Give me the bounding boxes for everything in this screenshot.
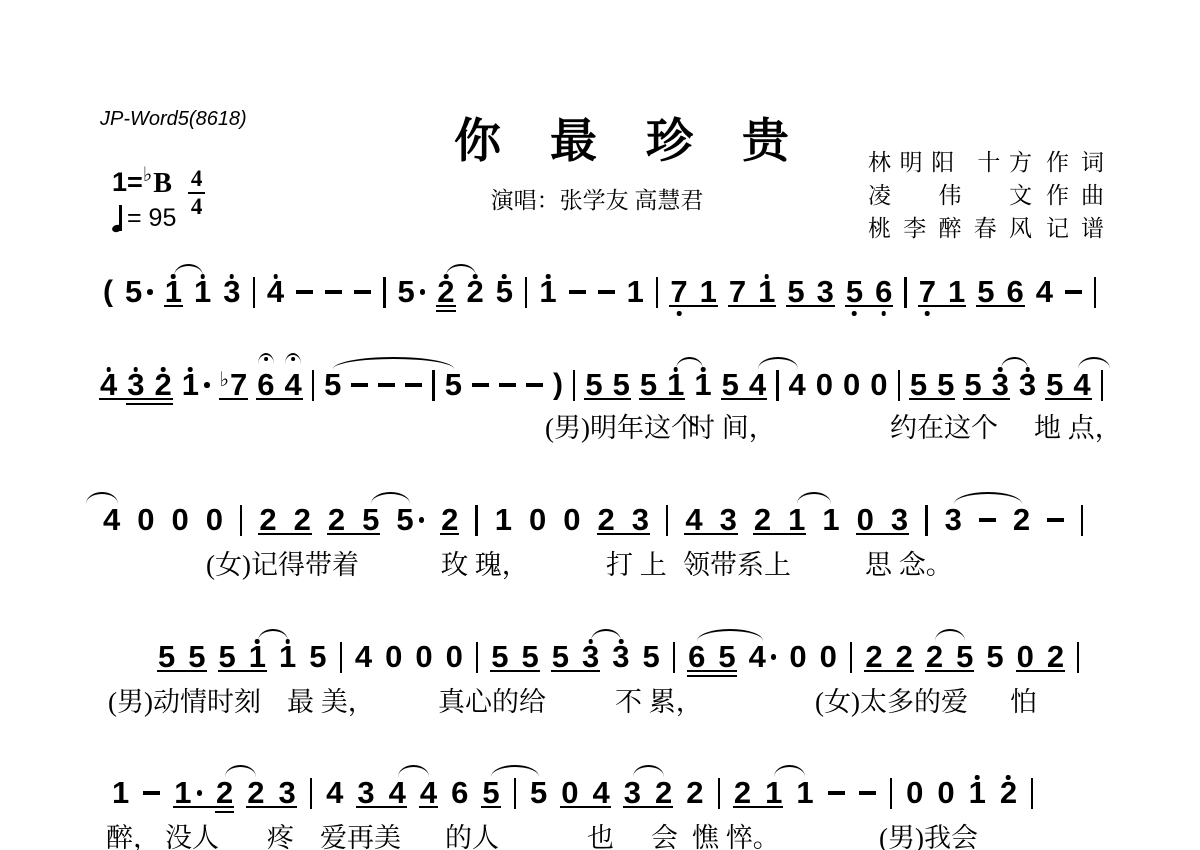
rest-note: 0 — [385, 637, 402, 677]
note: 6 — [875, 272, 892, 312]
note: 5 — [530, 773, 547, 813]
score-line-5: 112234344655043222110012 — [112, 773, 1033, 813]
note: 5 — [640, 365, 657, 405]
note: 2 — [598, 500, 615, 540]
note: ♭7 — [220, 365, 248, 405]
note: 1 — [758, 272, 775, 312]
barline — [925, 500, 927, 540]
credit-row: 林明阳 十方作词 — [868, 144, 1104, 177]
note: 5 — [787, 272, 804, 312]
note: 1 — [788, 500, 805, 540]
note: 2 — [926, 637, 943, 677]
note: 1 — [822, 500, 839, 540]
note: 5 — [324, 365, 341, 405]
note: 3 — [127, 365, 144, 405]
note: 3 — [720, 500, 737, 540]
barline — [1094, 272, 1096, 312]
note: 3 — [624, 773, 641, 813]
barline — [340, 637, 342, 677]
note: 2 — [155, 365, 172, 405]
barline — [890, 773, 892, 813]
note: 3 — [357, 773, 374, 813]
credits: 林明阳 十方作词凌 伟 文作曲桃李醉春风记谱 — [868, 144, 1104, 243]
lyric-chunk: (女)太多的爱 — [815, 680, 968, 719]
barline — [850, 637, 852, 677]
note: 2 — [1047, 637, 1064, 677]
note: 3 — [992, 365, 1009, 405]
dash — [569, 272, 586, 312]
note: 5 — [956, 637, 973, 677]
score-line-2: 4321♭76455)555115440005553354 — [100, 365, 1103, 405]
dash — [499, 365, 516, 405]
credit-role: 记谱 — [1046, 210, 1104, 243]
barline — [514, 773, 516, 813]
time-bottom: 4 — [188, 194, 206, 220]
barline — [1077, 637, 1079, 677]
note: 1 — [249, 637, 266, 677]
note: 4 — [749, 637, 777, 677]
flat-icon: ♭ — [143, 162, 152, 186]
dash — [143, 773, 160, 813]
credit-role: 作词 — [1046, 144, 1104, 177]
note: 5 — [491, 637, 508, 677]
note: 5 — [718, 637, 735, 677]
barline — [432, 365, 434, 405]
barline — [240, 500, 242, 540]
barline — [673, 637, 675, 677]
rest-note: 0 — [789, 637, 806, 677]
dash — [405, 365, 422, 405]
lyric-chunk: 约在这个 — [890, 406, 998, 445]
rest-note: 0 — [561, 773, 578, 813]
note: 6 — [1006, 272, 1023, 312]
barline — [476, 637, 478, 677]
note: 3 — [223, 272, 240, 312]
note: 5 — [219, 637, 236, 677]
lyric-chunk: 玫 瑰， — [441, 543, 529, 582]
note: 7 — [919, 272, 936, 312]
note: 1 — [279, 637, 296, 677]
note: 1 — [948, 272, 965, 312]
barline — [310, 773, 312, 813]
note: 1 — [165, 272, 182, 312]
song-title: 你 最 珍 贵 — [454, 104, 790, 171]
note: 2 — [259, 500, 276, 540]
note: 2 — [754, 500, 771, 540]
note: 5 — [986, 637, 1003, 677]
dash — [351, 365, 368, 405]
note: 7 — [670, 272, 687, 312]
note: 2 — [734, 773, 751, 813]
lyric-chunk: 会 — [651, 816, 678, 850]
lyric-chunk: (男)动情时刻 — [108, 680, 261, 719]
note: 1 — [627, 272, 644, 312]
score-line-1: (511345225117171535671564 — [103, 272, 1096, 312]
dash — [325, 272, 342, 312]
dash — [598, 272, 615, 312]
watermark: JP-Word5(8618) — [100, 108, 247, 131]
note: 4 — [1073, 365, 1090, 405]
rest-note: 0 — [820, 637, 837, 677]
note: 5 — [1046, 365, 1063, 405]
lyric-chunk: 最 美， — [287, 680, 375, 719]
note: 2 — [328, 500, 345, 540]
note: 5 — [522, 637, 539, 677]
note: 4 — [389, 773, 406, 813]
note: 4 — [326, 773, 343, 813]
note: 7 — [729, 272, 746, 312]
rest-note: 0 — [446, 637, 463, 677]
note: 5 — [362, 500, 379, 540]
note: 2 — [865, 637, 882, 677]
time-signature: 44 — [188, 166, 206, 220]
note: 3 — [891, 500, 908, 540]
lyric-chunk: 打 上 — [606, 543, 667, 582]
note: 5 — [309, 637, 326, 677]
barline — [1081, 500, 1083, 540]
note: 1 — [539, 272, 556, 312]
credit-name: 林明阳 十方 — [868, 144, 1032, 177]
note: 5 — [396, 500, 424, 540]
note: 1 — [765, 773, 782, 813]
dash — [378, 365, 395, 405]
note: 4 — [355, 637, 372, 677]
note: 5 — [552, 637, 569, 677]
rest-note: 0 — [870, 365, 887, 405]
note: 5 — [398, 272, 426, 312]
tempo-value: = 95 — [127, 204, 176, 233]
note: 4 — [593, 773, 610, 813]
note: 1 — [700, 272, 717, 312]
tempo: = 95 — [112, 204, 176, 233]
lyric-chunk: (女)记得带着 — [206, 543, 359, 582]
note: 5 — [613, 365, 630, 405]
note: 6 — [688, 637, 705, 677]
note: 4 — [685, 500, 702, 540]
note: 6 — [451, 773, 468, 813]
note: 1 — [495, 500, 512, 540]
barline — [904, 272, 906, 312]
rest-note: 0 — [563, 500, 580, 540]
lyric-chunk: (男)明年这个 — [545, 406, 698, 445]
paren: ( — [103, 272, 113, 312]
rest-note: 0 — [172, 500, 189, 540]
note: 5 — [643, 637, 660, 677]
note: 5 — [158, 637, 175, 677]
dash — [354, 272, 371, 312]
dash — [472, 365, 489, 405]
barline — [312, 365, 314, 405]
note: 5 — [722, 365, 739, 405]
rest-note: 0 — [816, 365, 833, 405]
time-top: 4 — [188, 166, 206, 194]
note: 1 — [112, 773, 129, 813]
lyric-chunk: 醉， — [106, 816, 160, 850]
performer-line: 演唱：张学友 高慧君 — [491, 182, 704, 215]
lyric-chunk: 不 累， — [615, 680, 703, 719]
rest-note: 0 — [529, 500, 546, 540]
lyric-chunk: 也 — [587, 816, 614, 850]
note: 4 — [100, 365, 117, 405]
note: 4 — [284, 365, 301, 405]
note: 5 — [585, 365, 602, 405]
barline — [475, 500, 477, 540]
note: 5 — [964, 365, 981, 405]
note: 1 — [667, 365, 684, 405]
rest-note: 0 — [415, 637, 432, 677]
lyric-chunk: 爱再美 — [320, 816, 401, 850]
sheet-page: JP-Word5(8618) 你 最 珍 贵 演唱：张学友 高慧君 林明阳 十方… — [0, 0, 1200, 850]
barline — [718, 773, 720, 813]
note: 5 — [445, 365, 462, 405]
lyric-chunk: 真心的给 — [438, 680, 546, 719]
lyric-chunk: 憔 悴。 — [692, 816, 780, 850]
rest-note: 0 — [906, 773, 923, 813]
lyric-chunk: 时 间， — [688, 406, 776, 445]
barline — [573, 365, 575, 405]
barline — [666, 500, 668, 540]
lyric-chunk: 地 点， — [1034, 406, 1122, 445]
note: 1 — [969, 773, 986, 813]
rest-note: 0 — [137, 500, 154, 540]
note: 2 — [686, 773, 703, 813]
note: 3 — [945, 500, 962, 540]
note: 1 — [182, 365, 210, 405]
lyric-chunk: (男)我会 — [879, 816, 978, 850]
credit-row: 凌 伟 文作曲 — [868, 177, 1104, 210]
dash — [1047, 500, 1064, 540]
score-line-3: 400022255210023432110332 — [103, 500, 1083, 540]
lyric-chunk: 没人 — [165, 816, 219, 850]
barline — [656, 272, 658, 312]
note: 5 — [937, 365, 954, 405]
note: 5 — [977, 272, 994, 312]
barline — [776, 365, 778, 405]
dash — [979, 500, 996, 540]
note: 2 — [437, 272, 454, 312]
credit-name: 凌 伟 文 — [868, 177, 1032, 210]
note: 2 — [1000, 773, 1017, 813]
lyric-chunk: 思 念。 — [865, 543, 953, 582]
rest-note: 0 — [1017, 637, 1034, 677]
score-line-4: 5551154000555335654002225502 — [158, 637, 1079, 677]
note: 2 — [896, 637, 913, 677]
note: 4 — [1036, 272, 1053, 312]
key-letter: B — [153, 168, 172, 200]
quarter-note-icon — [112, 205, 124, 233]
note: 4 — [267, 272, 284, 312]
note: 2 — [216, 773, 233, 813]
note: 3 — [612, 637, 629, 677]
note: 5 — [482, 773, 499, 813]
note: 1 — [694, 365, 711, 405]
key-prefix: 1= — [112, 168, 143, 198]
dash — [526, 365, 543, 405]
note: 4 — [420, 773, 437, 813]
credit-name: 桃李醉春风 — [868, 210, 1032, 243]
note: 1 — [174, 773, 202, 813]
note: 3 — [817, 272, 834, 312]
barline — [1031, 773, 1033, 813]
lyric-chunk: 疼 — [267, 816, 294, 850]
note: 5 — [910, 365, 927, 405]
note: 4 — [789, 365, 806, 405]
note: 5 — [496, 272, 513, 312]
rest-note: 0 — [937, 773, 954, 813]
barline — [383, 272, 385, 312]
note: 4 — [103, 500, 120, 540]
note: 2 — [441, 500, 458, 540]
dash — [296, 272, 313, 312]
note: 2 — [247, 773, 264, 813]
lyric-chunk: 的人 — [445, 816, 499, 850]
note: 5 — [125, 272, 153, 312]
credit-role: 作曲 — [1046, 177, 1104, 210]
note: 5 — [188, 637, 205, 677]
note: 3 — [279, 773, 296, 813]
paren: ) — [553, 365, 563, 405]
dash — [1065, 272, 1082, 312]
barline — [1101, 365, 1103, 405]
barline — [898, 365, 900, 405]
note: 2 — [655, 773, 672, 813]
note: 4 — [749, 365, 766, 405]
rest-note: 0 — [857, 500, 874, 540]
lyric-chunk: 怕 — [1010, 680, 1037, 719]
note: 2 — [467, 272, 484, 312]
note: 3 — [582, 637, 599, 677]
rest-note: 0 — [843, 365, 860, 405]
barline — [525, 272, 527, 312]
credit-row: 桃李醉春风记谱 — [868, 210, 1104, 243]
note: 3 — [1019, 365, 1036, 405]
dash — [828, 773, 845, 813]
rest-note: 0 — [206, 500, 223, 540]
dash — [859, 773, 876, 813]
barline — [253, 272, 255, 312]
note: 2 — [1013, 500, 1030, 540]
lyric-chunk: 领带系上 — [683, 543, 791, 582]
note: 6 — [257, 365, 274, 405]
note: 1 — [796, 773, 813, 813]
note: 3 — [632, 500, 649, 540]
note: 1 — [194, 272, 211, 312]
note: 2 — [294, 500, 311, 540]
note: 5 — [846, 272, 863, 312]
